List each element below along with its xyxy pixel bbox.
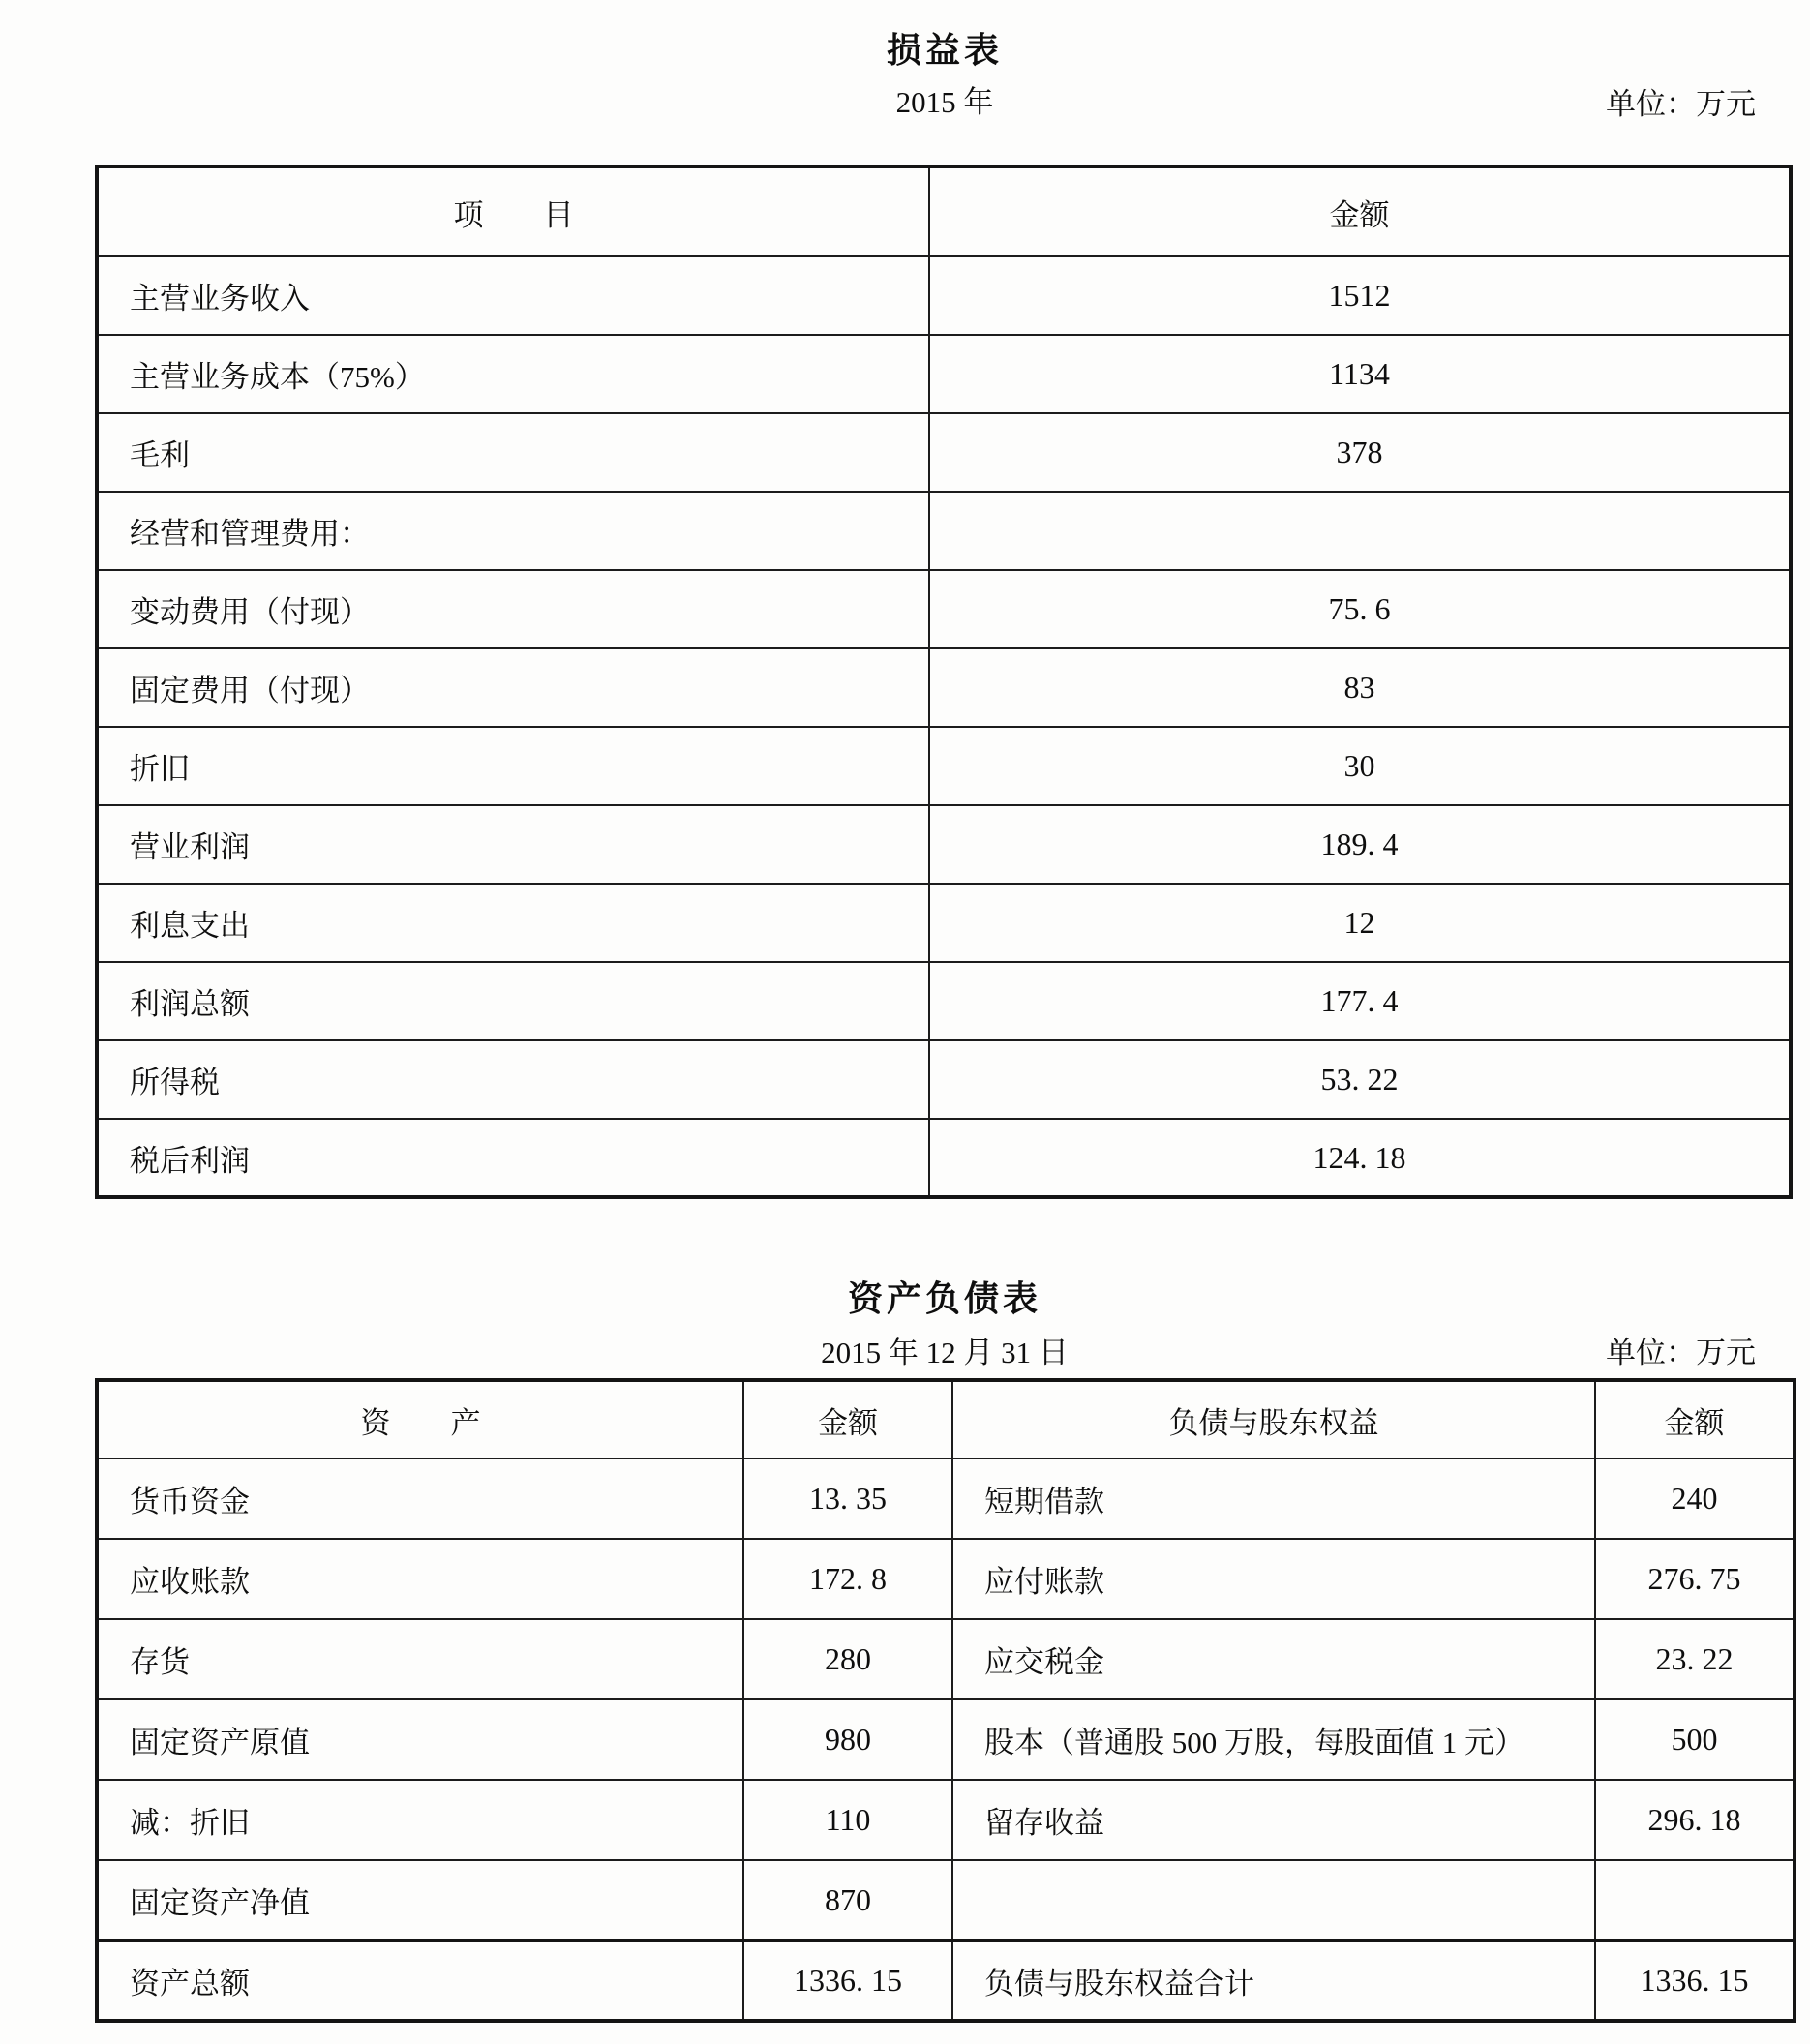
- balance-header-liabilities-amount: 金额: [1595, 1380, 1795, 1458]
- income-row: 折旧 30: [97, 727, 1791, 805]
- asset-cell: 固定资产净值: [97, 1860, 743, 1940]
- balance-row: 货币资金 13. 35 短期借款 240: [97, 1458, 1795, 1539]
- income-row: 变动费用（付现） 75. 6: [97, 570, 1791, 648]
- liability-amount-cell: 500: [1595, 1699, 1795, 1780]
- income-amount-cell: 83: [929, 648, 1791, 727]
- balance-header-row: 资 产 金额 负债与股东权益 金额: [97, 1380, 1795, 1458]
- balance-row: 减：折旧 110 留存收益 296. 18: [97, 1780, 1795, 1860]
- asset-cell: 固定资产原值: [97, 1699, 743, 1780]
- income-statement-unit-label: 单位：万元: [1606, 79, 1756, 123]
- income-header-item: 项 目: [97, 166, 929, 256]
- asset-amount-cell: 110: [743, 1780, 952, 1860]
- asset-amount-cell: 172. 8: [743, 1539, 952, 1619]
- income-amount-cell: 1134: [929, 335, 1791, 413]
- income-amount-cell: [929, 492, 1791, 570]
- income-item-cell: 营业利润: [97, 805, 929, 884]
- income-row: 利润总额 177. 4: [97, 962, 1791, 1040]
- balance-sheet-unit-label: 单位：万元: [1606, 1328, 1756, 1371]
- balance-sheet-table: 资 产 金额 负债与股东权益 金额 货币资金 13. 35 短期借款 240 应…: [95, 1378, 1796, 2023]
- income-item-cell: 主营业务收入: [97, 256, 929, 335]
- income-item-cell: 毛利: [97, 413, 929, 492]
- balance-row: 存货 280 应交税金 23. 22: [97, 1619, 1795, 1699]
- income-item-cell: 税后利润: [97, 1119, 929, 1197]
- liability-cell: 短期借款: [952, 1458, 1595, 1539]
- income-item-cell: 所得税: [97, 1040, 929, 1119]
- income-amount-cell: 177. 4: [929, 962, 1791, 1040]
- income-item-cell: 变动费用（付现）: [97, 570, 929, 648]
- income-amount-cell: 30: [929, 727, 1791, 805]
- liability-cell: 应交税金: [952, 1619, 1595, 1699]
- balance-row: 应收账款 172. 8 应付账款 276. 75: [97, 1539, 1795, 1619]
- asset-cell: 资产总额: [97, 1940, 743, 2021]
- income-row: 经营和管理费用：: [97, 492, 1791, 570]
- liability-amount-cell: [1595, 1860, 1795, 1940]
- income-row: 利息支出 12: [97, 884, 1791, 962]
- liability-cell: 负债与股东权益合计: [952, 1940, 1595, 2021]
- asset-cell: 减：折旧: [97, 1780, 743, 1860]
- income-item-cell: 利息支出: [97, 884, 929, 962]
- liability-cell: 股本（普通股 500 万股，每股面值 1 元）: [952, 1699, 1595, 1780]
- income-amount-cell: 189. 4: [929, 805, 1791, 884]
- balance-sheet-title: 资产负债表: [97, 1272, 1793, 1321]
- liability-amount-cell: 23. 22: [1595, 1619, 1795, 1699]
- income-row: 主营业务成本（75%） 1134: [97, 335, 1791, 413]
- balance-row: 固定资产净值 870: [97, 1860, 1795, 1940]
- asset-amount-cell: 280: [743, 1619, 952, 1699]
- liability-amount-cell: 1336. 15: [1595, 1940, 1795, 2021]
- income-amount-cell: 12: [929, 884, 1791, 962]
- asset-amount-cell: 13. 35: [743, 1458, 952, 1539]
- income-statement-subtitle: 2015 年: [97, 77, 1793, 121]
- income-header-amount: 金额: [929, 166, 1791, 256]
- liability-amount-cell: 296. 18: [1595, 1780, 1795, 1860]
- balance-header-assets-amount: 金额: [743, 1380, 952, 1458]
- income-row: 税后利润 124. 18: [97, 1119, 1791, 1197]
- asset-cell: 应收账款: [97, 1539, 743, 1619]
- income-amount-cell: 1512: [929, 256, 1791, 335]
- liability-amount-cell: 276. 75: [1595, 1539, 1795, 1619]
- income-row: 毛利 378: [97, 413, 1791, 492]
- asset-cell: 存货: [97, 1619, 743, 1699]
- income-row: 所得税 53. 22: [97, 1040, 1791, 1119]
- balance-header-assets: 资 产: [97, 1380, 743, 1458]
- balance-header-liabilities: 负债与股东权益: [952, 1380, 1595, 1458]
- income-item-cell: 固定费用（付现）: [97, 648, 929, 727]
- income-amount-cell: 75. 6: [929, 570, 1791, 648]
- balance-row: 固定资产原值 980 股本（普通股 500 万股，每股面值 1 元） 500: [97, 1699, 1795, 1780]
- income-statement-title: 损益表: [97, 23, 1793, 73]
- income-row: 固定费用（付现） 83: [97, 648, 1791, 727]
- asset-cell: 货币资金: [97, 1458, 743, 1539]
- liability-cell: 留存收益: [952, 1780, 1595, 1860]
- income-item-cell: 折旧: [97, 727, 929, 805]
- income-row: 营业利润 189. 4: [97, 805, 1791, 884]
- income-amount-cell: 53. 22: [929, 1040, 1791, 1119]
- income-item-cell: 主营业务成本（75%）: [97, 335, 929, 413]
- balance-sheet-subtitle: 2015 年 12 月 31 日: [97, 1328, 1793, 1371]
- liability-cell: [952, 1860, 1595, 1940]
- scanned-page: 损益表 2015 年 单位：万元 项 目 金额 主营业务收入 1512 主营业务…: [0, 0, 1810, 2044]
- asset-amount-cell: 980: [743, 1699, 952, 1780]
- asset-amount-cell: 1336. 15: [743, 1940, 952, 2021]
- liability-amount-cell: 240: [1595, 1458, 1795, 1539]
- asset-amount-cell: 870: [743, 1860, 952, 1940]
- income-item-cell: 利润总额: [97, 962, 929, 1040]
- income-row: 主营业务收入 1512: [97, 256, 1791, 335]
- liability-cell: 应付账款: [952, 1539, 1595, 1619]
- income-statement-table: 项 目 金额 主营业务收入 1512 主营业务成本（75%） 1134 毛利 3…: [95, 165, 1793, 1199]
- income-amount-cell: 378: [929, 413, 1791, 492]
- balance-row: 资产总额 1336. 15 负债与股东权益合计 1336. 15: [97, 1940, 1795, 2021]
- income-amount-cell: 124. 18: [929, 1119, 1791, 1197]
- income-item-cell: 经营和管理费用：: [97, 492, 929, 570]
- income-header-row: 项 目 金额: [97, 166, 1791, 256]
